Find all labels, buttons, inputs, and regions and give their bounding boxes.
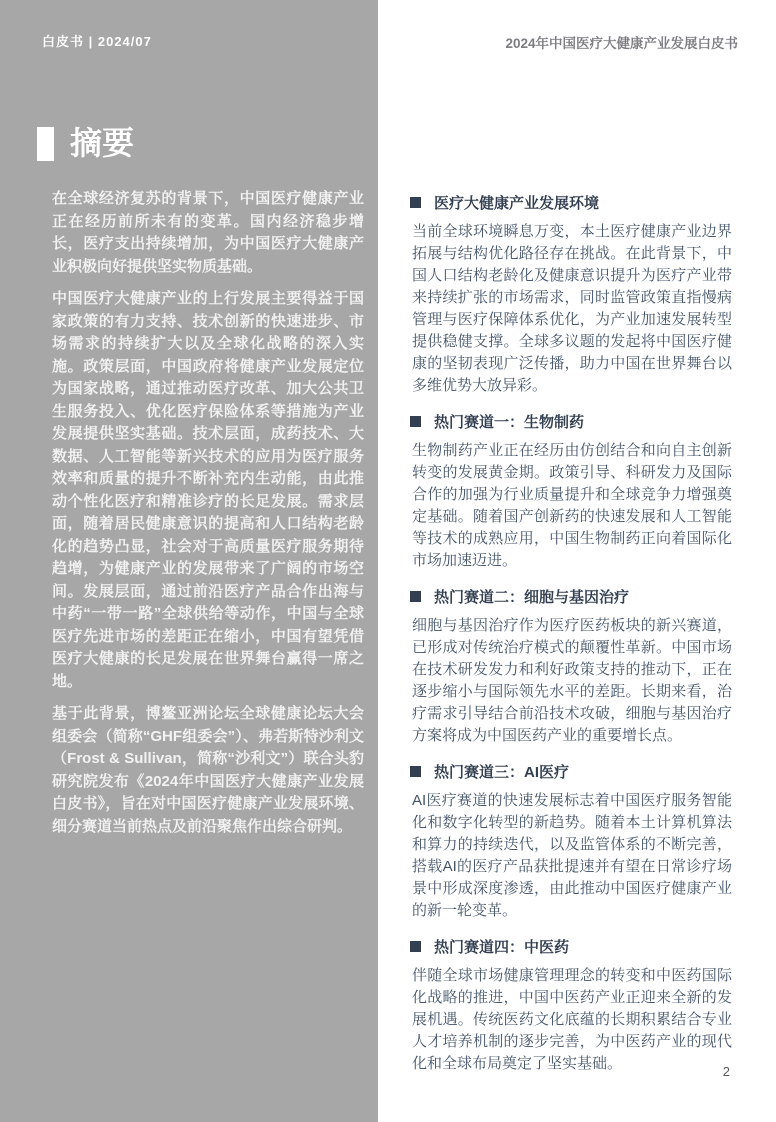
section-track-3-ai-healthcare: 热门赛道三：AI医疗 AI医疗赛道的快速发展标志着中国医疗服务智能化和数字化转型… — [412, 761, 732, 922]
page-number: 2 — [723, 1064, 730, 1079]
section-title: 热门赛道一：生物制药 — [434, 411, 584, 432]
square-bullet-icon — [410, 197, 421, 208]
sections-panel: 医疗大健康产业发展环境 当前全球环境瞬息万变，本土医疗健康产业边界拓展与结构优化… — [412, 192, 732, 1089]
section-body: 生物制药产业正在经历由仿创结合和向自主创新转变的发展黄金期。政策引导、科研发力及… — [412, 440, 732, 572]
section-track-2-cell-gene-therapy: 热门赛道二：细胞与基因治疗 细胞与基因治疗作为医疗医药板块的新兴赛道，已形成对传… — [412, 586, 732, 747]
section-title: 热门赛道二：细胞与基因治疗 — [434, 586, 629, 607]
square-bullet-icon — [410, 416, 421, 427]
summary-title-block: 摘要 — [37, 126, 364, 161]
section-title: 医疗大健康产业发展环境 — [434, 192, 599, 213]
section-heading: 热门赛道二：细胞与基因治疗 — [410, 586, 732, 607]
section-track-4-tcm: 热门赛道四：中医药 伴随全球市场健康管理理念的转变和中医药国际化战略的推进，中国… — [412, 936, 732, 1075]
section-heading: 医疗大健康产业发展环境 — [410, 192, 732, 213]
section-heading: 热门赛道三：AI医疗 — [410, 761, 732, 782]
header-left: 白皮书 | 2024/07 — [42, 31, 152, 50]
section-track-1-biopharma: 热门赛道一：生物制药 生物制药产业正在经历由仿创结合和向自主创新转变的发展黄金期… — [412, 411, 732, 572]
section-heading: 热门赛道一：生物制药 — [410, 411, 732, 432]
square-bullet-icon — [410, 941, 421, 952]
section-body: AI医疗赛道的快速发展标志着中国医疗服务智能化和数字化转型的新趋势。随着本土计算… — [412, 790, 732, 922]
summary-paragraph: 在全球经济复苏的背景下，中国医疗健康产业正在经历前所未有的变革。国内经济稳步增长… — [52, 188, 364, 278]
section-environment: 医疗大健康产业发展环境 当前全球环境瞬息万变，本土医疗健康产业边界拓展与结构优化… — [412, 192, 732, 397]
accent-bar-icon — [37, 127, 54, 161]
section-body: 伴随全球市场健康管理理念的转变和中医药国际化战略的推进，中国中医药产业正迎来全新… — [412, 965, 732, 1075]
square-bullet-icon — [410, 591, 421, 602]
summary-paragraph: 基于此背景，博鳌亚洲论坛全球健康论坛大会组委会（简称“GHF组委会”）、弗若斯特… — [52, 703, 364, 838]
section-body: 细胞与基因治疗作为医疗医药板块的新兴赛道，已形成对传统治疗模式的颠覆性革新。中国… — [412, 615, 732, 747]
summary-content: 摘要 在全球经济复苏的背景下，中国医疗健康产业正在经历前所未有的变革。国内经济稳… — [52, 126, 364, 848]
summary-panel: 白皮书 | 2024/07 摘要 在全球经济复苏的背景下，中国医疗健康产业正在经… — [0, 0, 378, 1122]
summary-title: 摘要 — [70, 126, 134, 161]
section-body: 当前全球环境瞬息万变，本土医疗健康产业边界拓展与结构优化路径存在挑战。在此背景下… — [412, 221, 732, 397]
document-page: 白皮书 | 2024/07 摘要 在全球经济复苏的背景下，中国医疗健康产业正在经… — [0, 0, 776, 1122]
section-heading: 热门赛道四：中医药 — [410, 936, 732, 957]
section-title: 热门赛道三：AI医疗 — [434, 761, 569, 782]
section-title: 热门赛道四：中医药 — [434, 936, 569, 957]
square-bullet-icon — [410, 766, 421, 777]
summary-paragraph: 中国医疗大健康产业的上行发展主要得益于国家政策的有力支持、技术创新的快速进步、市… — [52, 288, 364, 693]
header-right: 2024年中国医疗大健康产业发展白皮书 — [505, 32, 738, 52]
